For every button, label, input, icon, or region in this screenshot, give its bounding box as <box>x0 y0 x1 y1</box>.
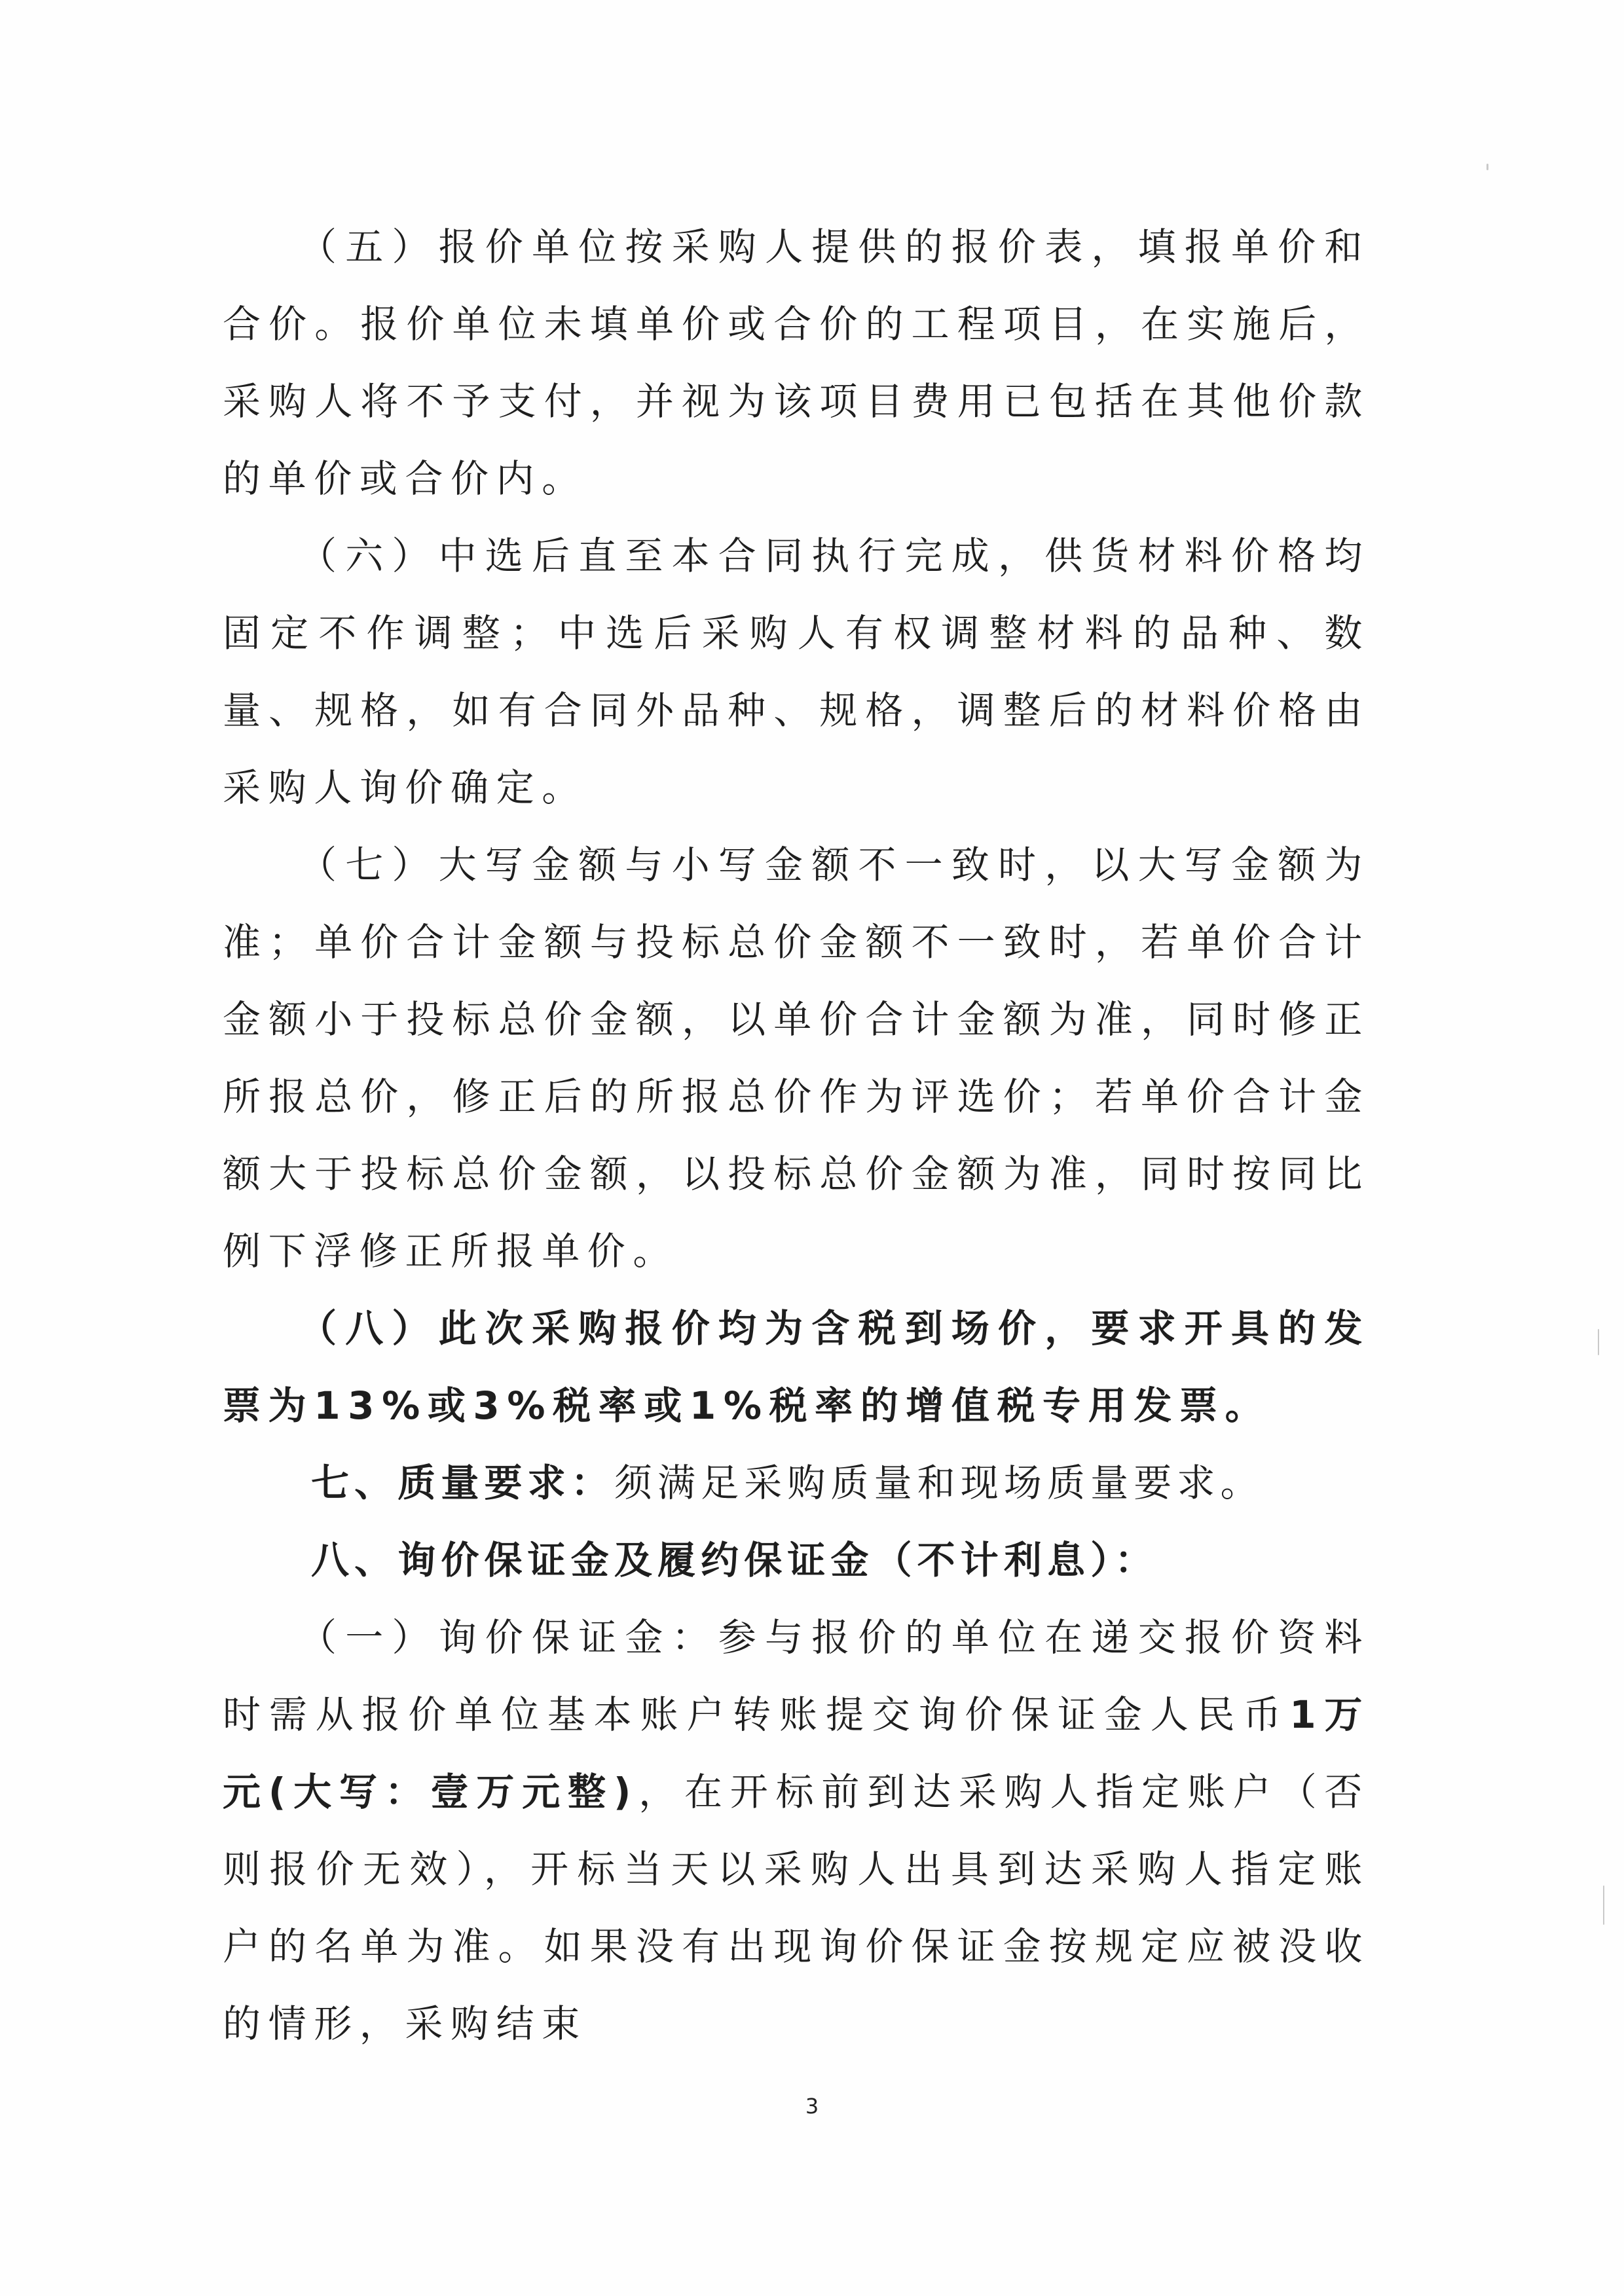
section-7-quality-requirements: 七、质量要求：须满足采购质量和现场质量要求。 <box>223 1444 1370 1522</box>
section-7-body: 须满足采购质量和现场质量要求。 <box>614 1461 1264 1505</box>
scan-artifact <box>1486 164 1488 170</box>
section-7-label: 七、质量要求： <box>311 1461 614 1505</box>
scan-artifact <box>1598 1329 1599 1355</box>
paragraph-item-6: （六）中选后直至本合同执行完成，供货材料价格均固定不作调整；中选后采购人有权调整… <box>223 517 1370 826</box>
section-8-label: 八、询价保证金及履约保证金（不计利息）： <box>311 1538 1158 1582</box>
paragraph-inquiry-deposit: （一）询价保证金：参与报价的单位在递交报价资料时需从报价单位基本账户转账提交询价… <box>223 1599 1370 2062</box>
document-page: （五）报价单位按采购人提供的报价表，填报单价和合价。报价单位未填单价或合价的工程… <box>0 0 1624 2296</box>
paragraph-item-7: （七）大写金额与小写金额不一致时，以大写金额为准；单价合计金额与投标总价金额不一… <box>223 826 1370 1290</box>
page-number: 3 <box>0 2094 1624 2119</box>
section-8-deposit-heading: 八、询价保证金及履约保证金（不计利息）： <box>223 1522 1370 1599</box>
scan-artifact <box>1603 1886 1604 1925</box>
body-text: （五）报价单位按采购人提供的报价表，填报单价和合价。报价单位未填单价或合价的工程… <box>223 208 1370 2062</box>
deposit-text-part1: （一）询价保证金：参与报价的单位在递交报价资料时需从报价单位基本账户转账提交询价… <box>223 1615 1370 1737</box>
paragraph-item-8: （八）此次采购报价均为含税到场价，要求开具的发票为13%或3%税率或1%税率的增… <box>223 1290 1370 1444</box>
paragraph-item-5: （五）报价单位按采购人提供的报价表，填报单价和合价。报价单位未填单价或合价的工程… <box>223 208 1370 517</box>
